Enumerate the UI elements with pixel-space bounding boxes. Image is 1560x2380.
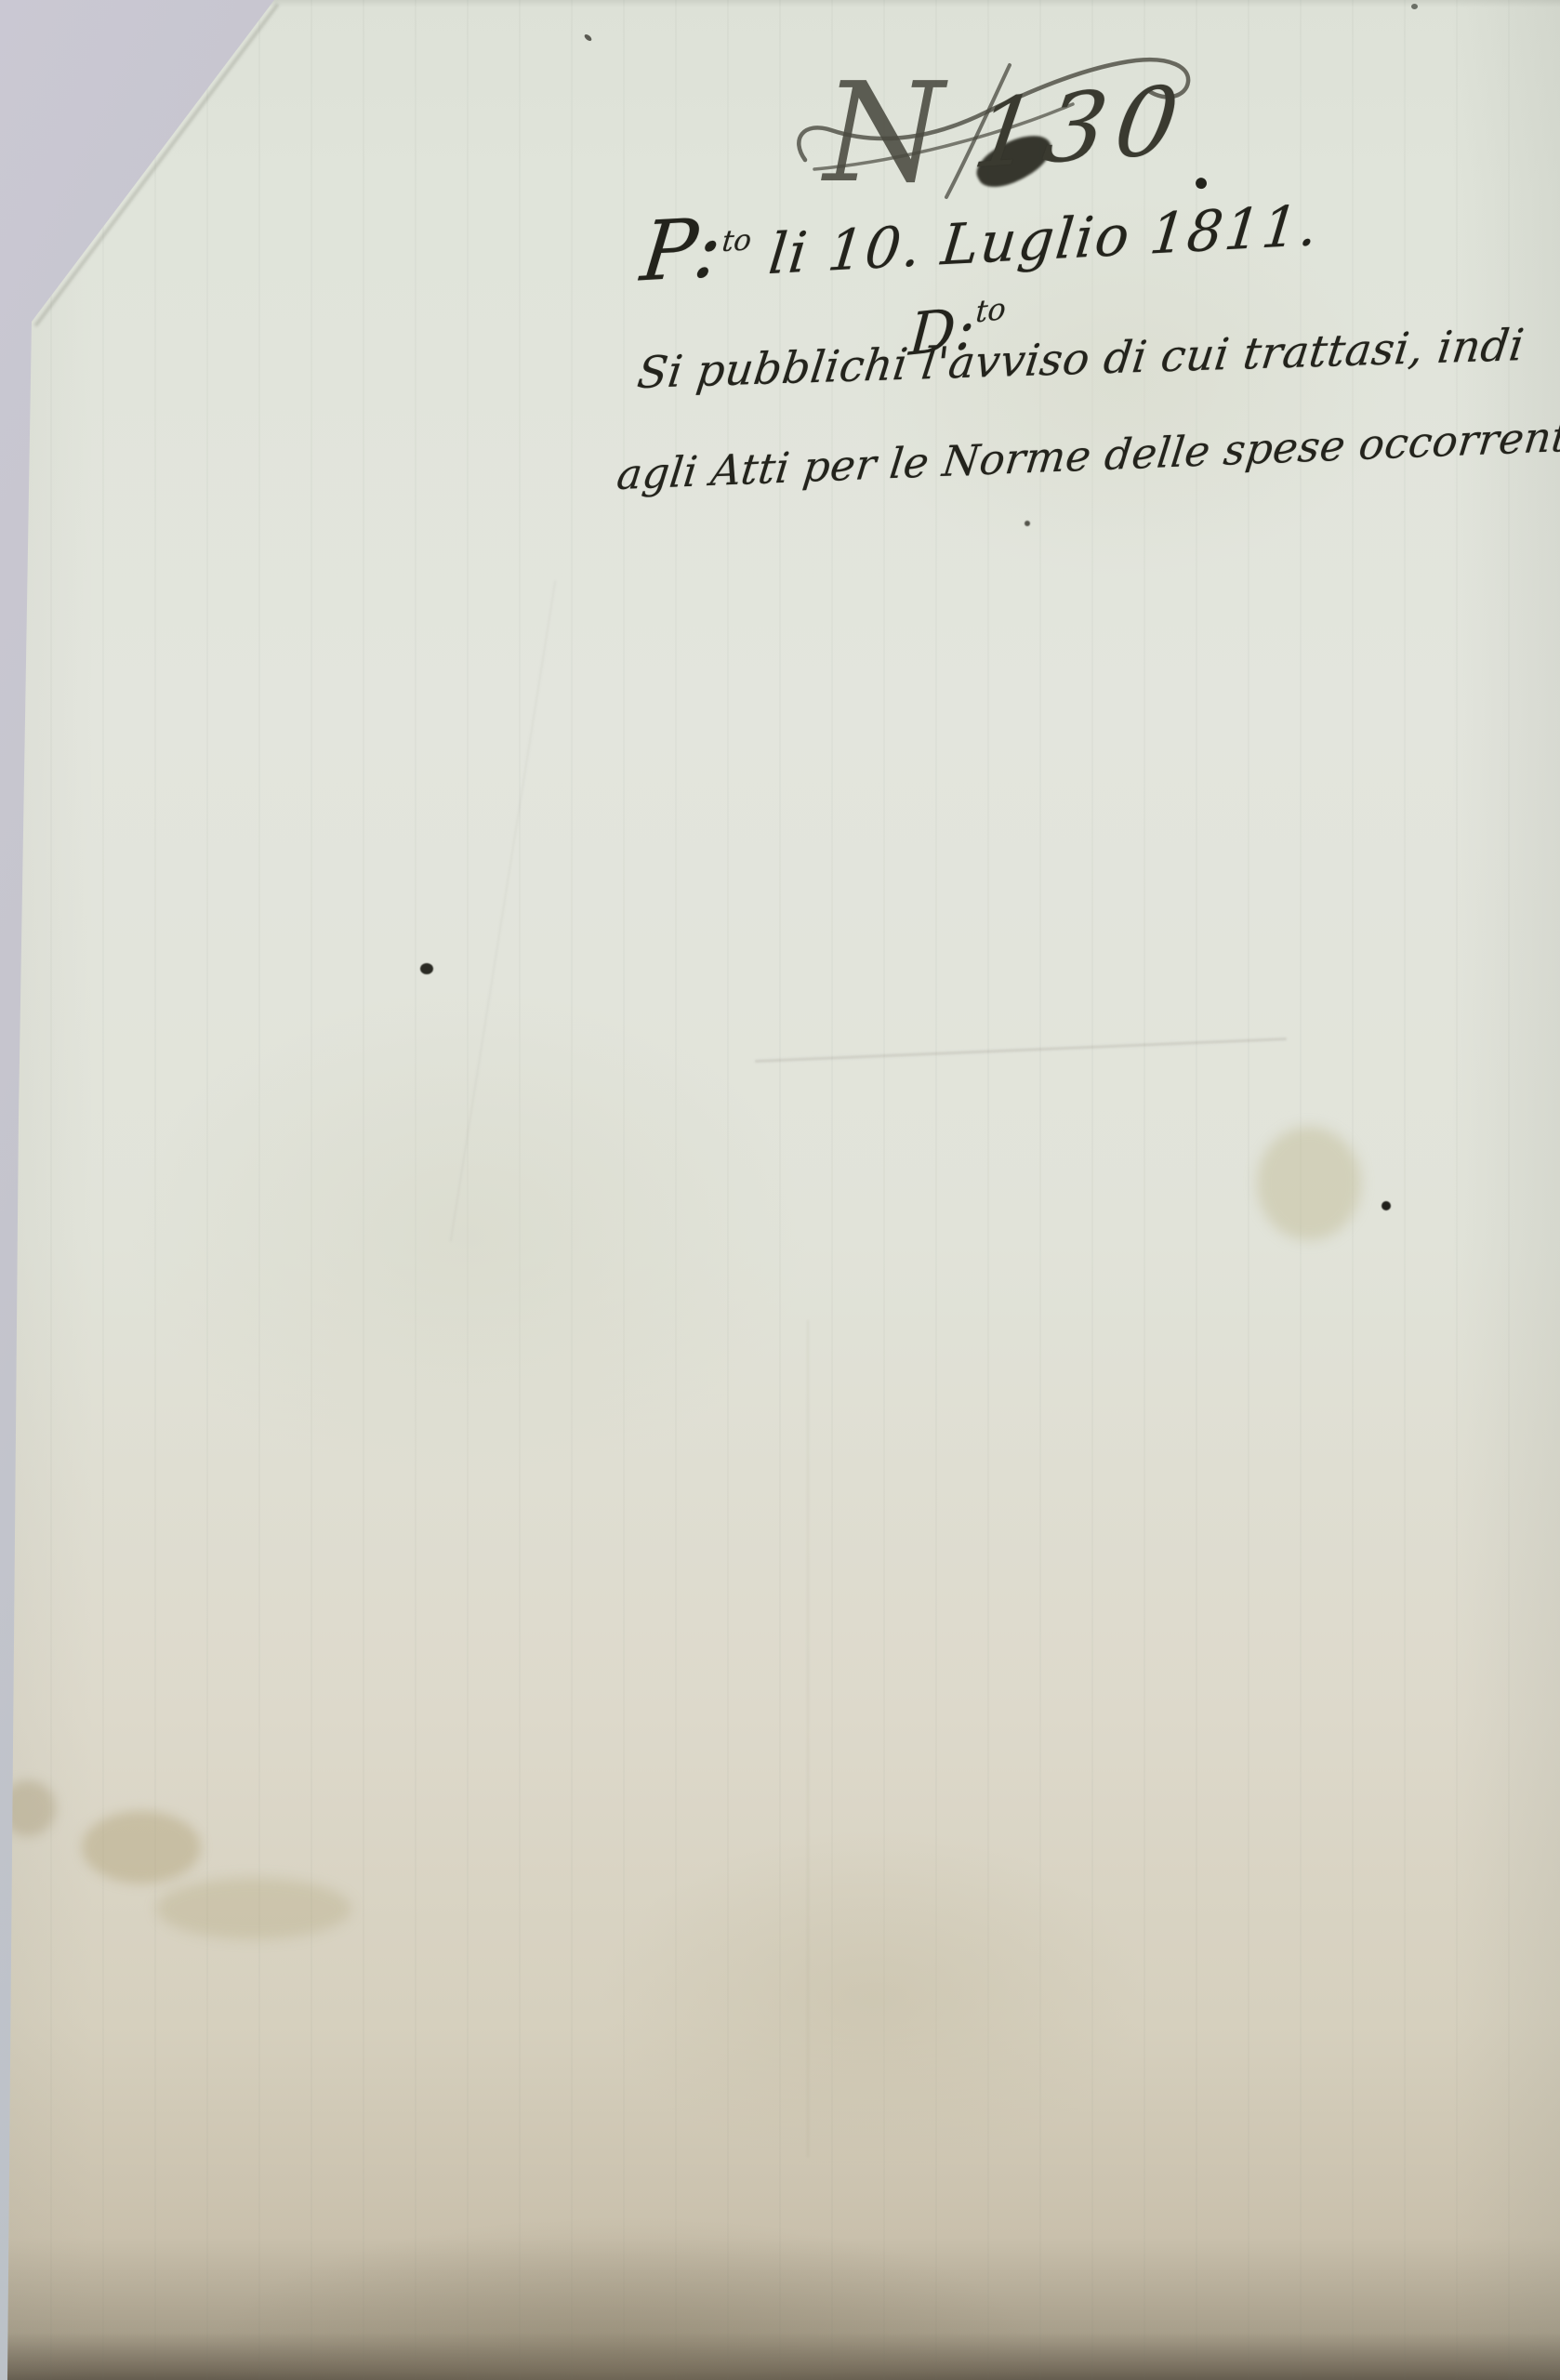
tan-stain	[156, 1878, 351, 1939]
detto-abbr-superscript: to	[974, 291, 1007, 330]
dateline: P:to li 10. Luglio 1811.	[637, 168, 1325, 300]
dateline-abbr: P:	[637, 199, 727, 299]
numero-digits: 130	[967, 65, 1194, 190]
paper-crease	[755, 1038, 1287, 1063]
tan-stain	[1257, 1127, 1361, 1240]
tan-stain	[0, 1780, 56, 1836]
tan-stain	[82, 1811, 201, 1884]
corner-cut-shadow	[34, 4, 279, 327]
ink-speck	[1382, 1201, 1391, 1210]
body-line-1: Si pubblichi l'avviso di cui trattasi, i…	[635, 320, 1527, 399]
ink-speck	[1025, 521, 1030, 526]
paper-crease	[450, 580, 557, 1241]
ink-speck	[583, 33, 592, 43]
ink-speck	[1411, 4, 1418, 9]
scanned-manuscript-photo: N 130 . P:to li 10. Luglio 1811. D:to Si…	[0, 0, 1560, 2380]
body-line-2: agli Atti per le Norme delle spese occor…	[615, 411, 1560, 500]
paper-crease	[807, 1320, 809, 2157]
dateline-text: li 10. Luglio 1811.	[747, 193, 1323, 289]
ink-speck	[420, 963, 433, 974]
manuscript-page: N 130 . P:to li 10. Luglio 1811. D:to Si…	[0, 0, 1560, 2380]
dateline-abbr-superscript: to	[721, 223, 753, 258]
